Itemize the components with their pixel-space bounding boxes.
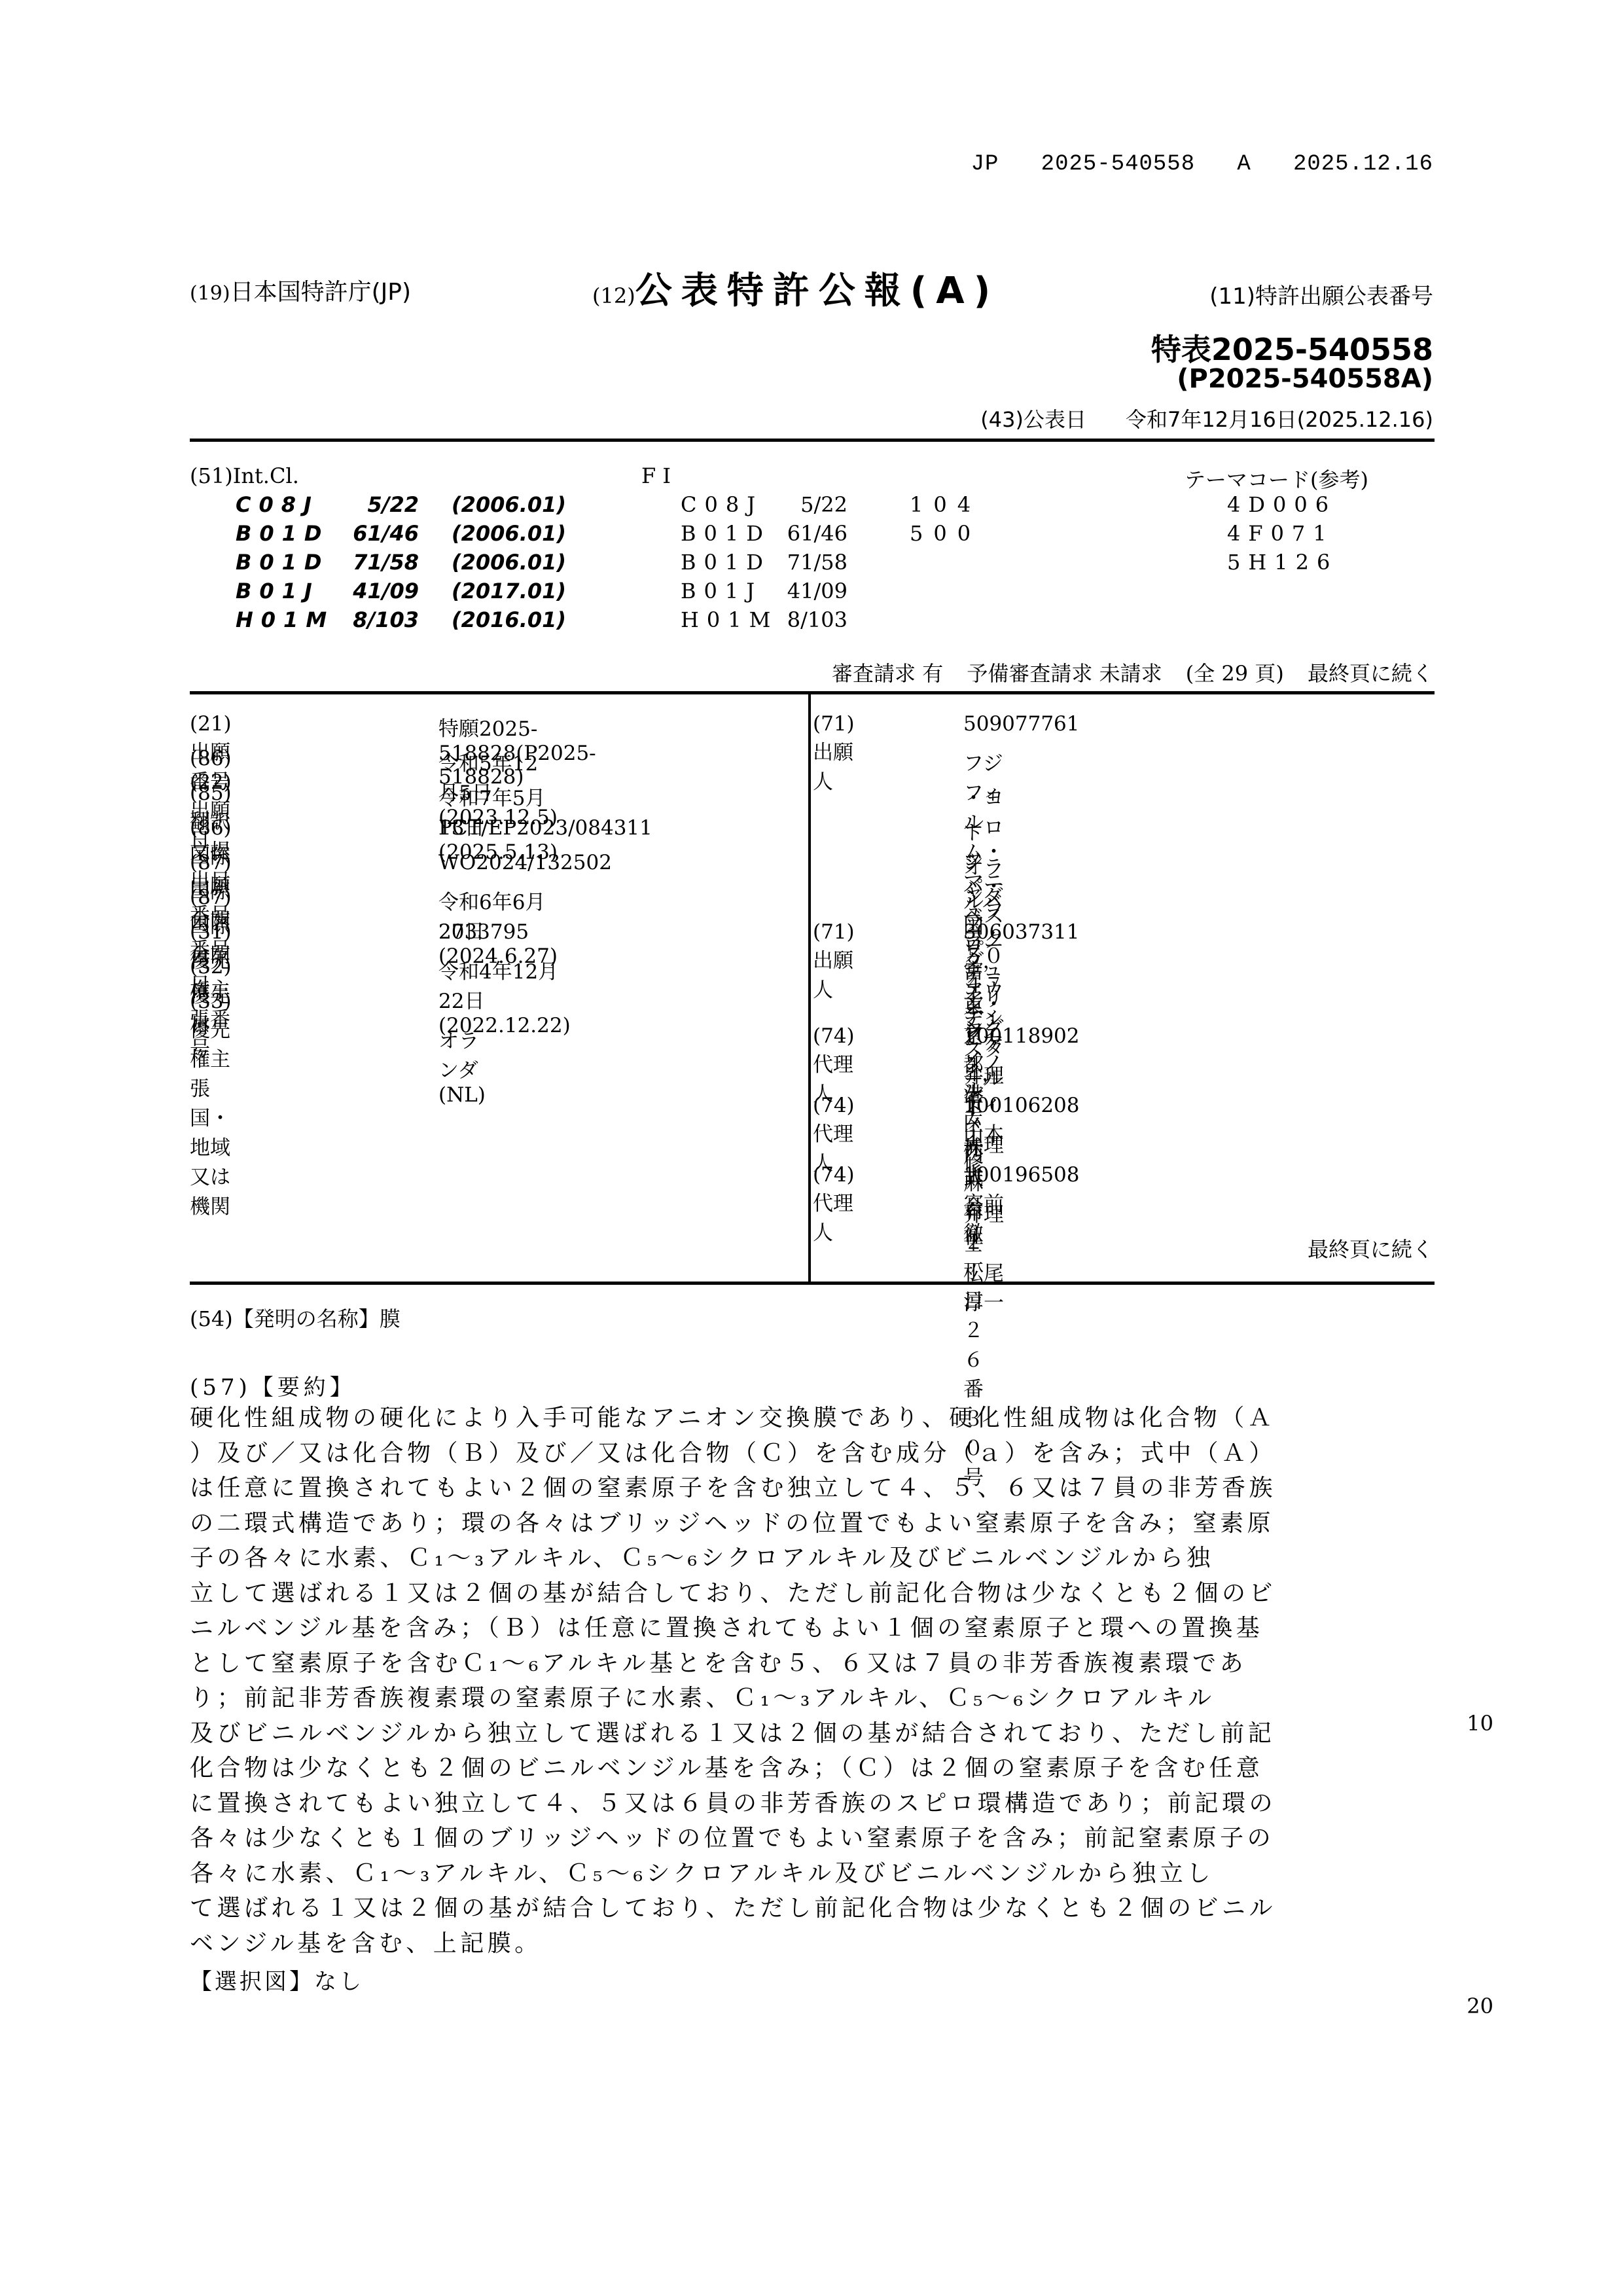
page-count: (全 29 頁) xyxy=(1186,661,1284,686)
bib-value: 509077761 xyxy=(963,712,1080,736)
header-kind: A xyxy=(1237,152,1251,177)
divider-bib-bottom xyxy=(190,1282,1435,1285)
continued-note: 最終頁に続く xyxy=(1308,661,1433,686)
ipc-header: (51)Int.Cl. xyxy=(190,463,299,488)
fi-extra: 500 xyxy=(910,521,981,546)
ipc-code: B01J xyxy=(236,579,320,603)
header-country: JP xyxy=(971,152,999,177)
header-date: 2025.12.16 xyxy=(1293,152,1433,177)
margin-line-number: 10 xyxy=(1467,1711,1493,1736)
abstract-line: 及びビニルベンジルから独立して選ばれる１又は２個の基が結合されており、ただし前記 xyxy=(190,1716,1435,1751)
running-header: JP 2025-540558 A 2025.12.16 xyxy=(971,152,1433,177)
bib-value: オランダ(NL) xyxy=(438,1024,486,1107)
prelim-exam-request: 予備審査請求 未請求 xyxy=(967,661,1162,686)
ipc-group: 5/22 xyxy=(334,492,419,517)
bib-value: 2033795 xyxy=(438,920,529,944)
divider-bib-top xyxy=(190,691,1435,694)
gazette-title: (12)公表特許公報(A) xyxy=(592,262,999,314)
theme-code-header: テーマコード(参考) xyxy=(1185,463,1368,493)
classification-header: (51)Int.Cl. F I テーマコード(参考) xyxy=(190,463,1435,490)
abstract-line: 各々に水素、Ｃ₁～₃アルキル、Ｃ₅～₆シクロアルキル及びビニルベンジルから独立し xyxy=(190,1856,1435,1892)
selected-figure: 【選択図】なし xyxy=(190,1964,364,1996)
abstract-line: の二環式構造であり；環の各々はブリッジヘッドの位置でもよい窒素原子を含み；窒素原 xyxy=(190,1506,1435,1541)
divider-top xyxy=(190,439,1435,442)
ipc-code: B01D xyxy=(236,521,329,546)
publication-number: 特表2025-540558 xyxy=(1151,326,1433,369)
abstract-line: て選ばれる１又は２個の基が結合しており、ただし前記化合物は少なくとも２個のビニル xyxy=(190,1891,1435,1926)
abstract-line: 立して選ばれる１又は２個の基が結合しており、ただし前記化合物は少なくとも２個のビ xyxy=(190,1576,1435,1611)
theme-code: 4F071 xyxy=(1227,521,1334,546)
bib-value: 100118902 xyxy=(963,1024,1080,1048)
fi-code: H01M xyxy=(681,607,778,632)
abstract-line: として窒素原子を含むＣ₁～₆アルキル基とを含む５、６又は７員の非芳香族複素環であ xyxy=(190,1646,1435,1681)
bib-value: 100196508 xyxy=(963,1163,1080,1187)
fi-extra: 104 xyxy=(910,492,981,517)
divider-bib-vertical xyxy=(808,692,811,1282)
ipc-group: 71/58 xyxy=(334,550,419,575)
bib-value: 306037311 xyxy=(963,920,1080,944)
abstract-line: に置換されてもよい独立して４、５又は６員の非芳香族のスピロ環構造であり；前記環の xyxy=(190,1786,1435,1821)
abstract-body: 硬化性組成物の硬化により入手可能なアニオン交換膜であり、硬化性組成物は化合物（Ａ… xyxy=(190,1401,1435,1961)
classification-row: B01D 71/58 (2006.01) B01D 71/58 5H126 xyxy=(190,550,1435,579)
abstract-line: ）及び／又は化合物（Ｂ）及び／又は化合物（Ｃ）を含む成分（ａ）を含み；式中（Ａ） xyxy=(190,1436,1435,1471)
bib-key: (33)優先権主張国・地域又は機関 xyxy=(190,990,232,1219)
abstract-line: は任意に置換されてもよい２個の窒素原子を含む独立して４、５、６又は７員の非芳香族 xyxy=(190,1471,1435,1506)
classification-row: B01D 61/46 (2006.01) B01D 61/46 500 4F07… xyxy=(190,521,1435,550)
abstract-heading: (57)【要約】 xyxy=(190,1369,356,1401)
ipc-version: (2016.01) xyxy=(452,607,566,632)
abstract-line: ニルベンジル基を含み；（Ｂ）は任意に置換されてもよい１個の窒素原子と環への置換基 xyxy=(190,1611,1435,1646)
office-code: (19) xyxy=(190,282,230,305)
abstract-line: 子の各々に水素、Ｃ₁～₃アルキル、Ｃ₅～₆シクロアルキル及びビニルベンジルから独 xyxy=(190,1541,1435,1576)
bib-value: WO2024/132502 xyxy=(438,851,612,874)
fi-code: C08J xyxy=(681,492,763,517)
bib-value: 100106208 xyxy=(963,1094,1080,1117)
gazette-code: (12) xyxy=(592,283,635,308)
theme-code: 5H126 xyxy=(1227,550,1338,575)
publication-date: (43)公表日令和7年12月16日(2025.12.16) xyxy=(980,403,1433,433)
publication-date-value: 令和7年12月16日(2025.12.16) xyxy=(1126,407,1433,432)
exam-request: 審査請求 有 xyxy=(832,661,943,686)
fi-group: 41/09 xyxy=(779,579,847,603)
abstract-line: 硬化性組成物の硬化により入手可能なアニオン交換膜であり、硬化性組成物は化合物（Ａ xyxy=(190,1401,1435,1436)
fi-group: 5/22 xyxy=(779,492,847,517)
ipc-code: H01M xyxy=(236,607,334,632)
bib-key: (74)代理人 xyxy=(813,1163,855,1246)
ipc-version: (2017.01) xyxy=(452,579,566,603)
abstract-line: り；前記非芳香族複素環の窒素原子に水素、Ｃ₁～₃アルキル、Ｃ₅～₆シクロアルキル xyxy=(190,1681,1435,1716)
fi-code: B01J xyxy=(681,579,762,603)
ipc-group: 61/46 xyxy=(334,521,419,546)
abstract-line: ベンジル基を含む、上記膜。 xyxy=(190,1926,1435,1962)
abstract-line: 各々は少なくとも１個のブリッジヘッドの位置でもよい窒素原子を含み；前記窒素原子の xyxy=(190,1821,1435,1856)
fi-group: 8/103 xyxy=(779,607,847,632)
ipc-version: (2006.01) xyxy=(452,492,566,517)
ipc-version: (2006.01) xyxy=(452,550,566,575)
bib-value: PCT/EP2023/084311 xyxy=(438,816,652,840)
margin-line-number: 20 xyxy=(1467,1994,1493,2018)
ipc-group: 41/09 xyxy=(334,579,419,603)
fi-header: F I xyxy=(641,463,671,488)
classification-row: B01J 41/09 (2017.01) B01J 41/09 xyxy=(190,579,1435,607)
publication-number-p: (P2025-540558A) xyxy=(1177,364,1433,394)
header-number: 2025-540558 xyxy=(1041,152,1195,177)
ipc-code: C08J xyxy=(236,492,319,517)
fi-code: B01D xyxy=(681,521,771,546)
publication-date-label: (43)公表日 xyxy=(980,407,1086,432)
classification-row: H01M 8/103 (2016.01) H01M 8/103 xyxy=(190,607,1435,636)
abstract-line: 化合物は少なくとも２個のビニルベンジル基を含み；（Ｃ）は２個の窒素原子を含む任意 xyxy=(190,1751,1435,1786)
examination-status: 審査請求 有 予備審査請求 未請求 (全 29 頁) 最終頁に続く xyxy=(815,657,1433,687)
issuing-office: (19)日本国特許庁(JP) xyxy=(190,274,411,307)
bib-key: (71)出願人 xyxy=(813,712,855,795)
ipc-version: (2006.01) xyxy=(452,521,566,546)
office-name: 日本国特許庁(JP) xyxy=(230,279,411,306)
ipc-code: B01D xyxy=(236,550,329,575)
fi-group: 71/58 xyxy=(779,550,847,575)
invention-title: (54)【発明の名称】膜 xyxy=(190,1302,401,1333)
classification-row: C08J 5/22 (2006.01) C08J 5/22 104 4D006 xyxy=(190,492,1435,521)
ipc-group: 8/103 xyxy=(334,607,419,632)
fi-group: 61/46 xyxy=(779,521,847,546)
bib-key: (71)出願人 xyxy=(813,920,855,1003)
bib-continued-note: 最終頁に続く xyxy=(1308,1233,1433,1263)
publication-number-label: (11)特許出願公表番号 xyxy=(1209,278,1433,310)
gazette-name: 公表特許公報(A) xyxy=(635,270,1000,312)
bib-value: 弁理士 松尾 淳一 xyxy=(963,1198,1004,1316)
fi-code: B01D xyxy=(681,550,771,575)
theme-code: 4D006 xyxy=(1227,492,1336,517)
